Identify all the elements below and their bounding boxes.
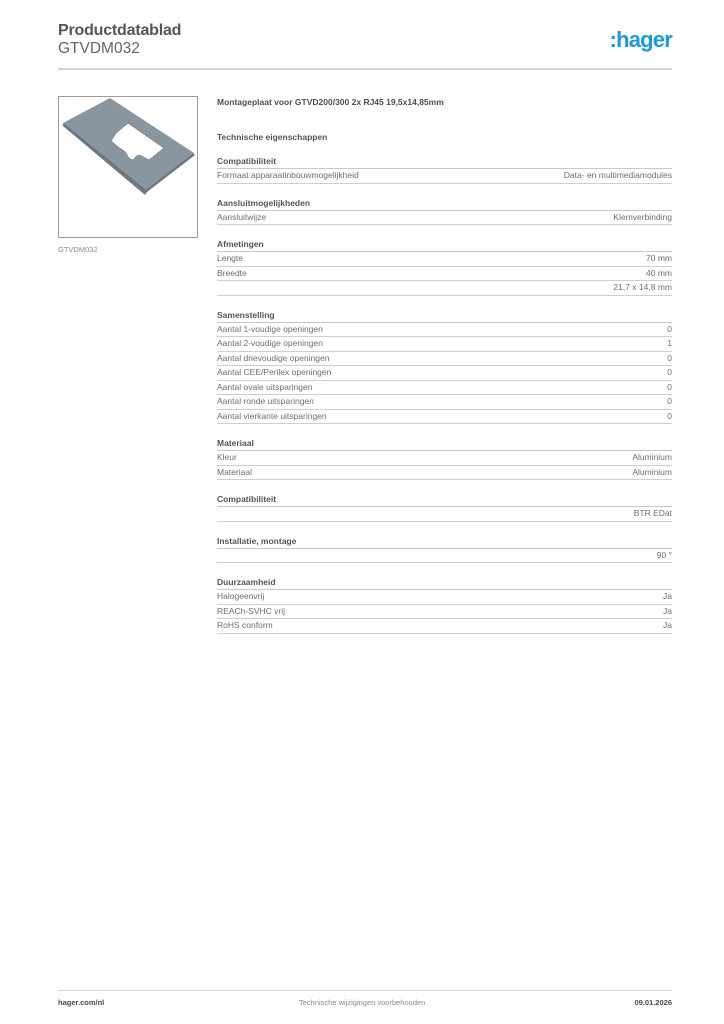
mounting-plate-image-icon <box>59 97 197 237</box>
property-section: CompatibiliteitFormaat apparaatinbouwmog… <box>217 155 672 184</box>
property-value: 21,7 x 14,8 mm <box>613 281 672 295</box>
property-label: RoHS conform <box>217 619 663 633</box>
property-label: Aantal 1-voudige openingen <box>217 323 667 337</box>
product-content: Montageplaat voor GTVD200/300 2x RJ45 19… <box>217 96 672 634</box>
document-header: Productdatablad GTVDM032 :hager <box>58 21 672 71</box>
section-title: Materiaal <box>217 437 672 451</box>
website-link[interactable]: hager.com/nl <box>58 998 104 1007</box>
property-label: REACh-SVHC vrij <box>217 605 663 619</box>
property-label: Kleur <box>217 451 632 465</box>
property-value: 0 <box>667 381 672 395</box>
footer-divider <box>58 990 672 991</box>
property-row: HalogeenvrijJa <box>217 590 672 605</box>
property-section: Installatie, montage90 ° <box>217 535 672 564</box>
property-value: 1 <box>667 337 672 351</box>
property-sections: CompatibiliteitFormaat apparaatinbouwmog… <box>217 155 672 634</box>
section-title: Aansluitmogelijkheden <box>217 197 672 211</box>
property-row: Aantal 1-voudige openingen0 <box>217 323 672 338</box>
property-section: DuurzaamheidHalogeenvrijJaREACh-SVHC vri… <box>217 576 672 634</box>
property-label: Formaat apparaatinbouwmogelijkheid <box>217 169 564 183</box>
property-label: Aantal ronde uitsparingen <box>217 395 667 409</box>
property-row: Aantal 2-voudige openingen1 <box>217 337 672 352</box>
header-divider <box>58 68 672 70</box>
document-date: 09.01.2026 <box>634 998 672 1007</box>
property-section: AfmetingenLengte70 mmBreedte40 mm21,7 x … <box>217 238 672 296</box>
property-section: SamenstellingAantal 1-voudige openingen0… <box>217 309 672 425</box>
property-value: 0 <box>667 410 672 424</box>
property-value: 0 <box>667 395 672 409</box>
technical-properties-title: Technische eigenschappen <box>217 131 672 143</box>
property-row: Aantal vierkante uitsparingen0 <box>217 410 672 425</box>
section-title: Samenstelling <box>217 309 672 323</box>
section-title: Duurzaamheid <box>217 576 672 590</box>
property-value: Ja <box>663 619 672 633</box>
property-value: 40 mm <box>646 267 672 281</box>
property-row: REACh-SVHC vrijJa <box>217 605 672 620</box>
property-row: BTR EDat <box>217 507 672 522</box>
section-title: Installatie, montage <box>217 535 672 549</box>
property-label: Aantal 2-voudige openingen <box>217 337 667 351</box>
property-row: Lengte70 mm <box>217 252 672 267</box>
property-value: Ja <box>663 605 672 619</box>
property-row: Aantal ovale uitsparingen0 <box>217 381 672 396</box>
property-value: Ja <box>663 590 672 604</box>
property-value: 70 mm <box>646 252 672 266</box>
property-row: Aantal CEE/Perilex openingen0 <box>217 366 672 381</box>
property-value: 0 <box>667 366 672 380</box>
property-row: 90 ° <box>217 549 672 564</box>
hager-logo: :hager <box>610 27 672 53</box>
footer-disclaimer: Technische wijzigingen voorbehouden <box>299 998 425 1007</box>
property-row: Aantal drievoudige openingen0 <box>217 352 672 367</box>
product-code: GTVDM032 <box>58 40 140 58</box>
property-section: MateriaalKleurAluminiumMateriaalAluminiu… <box>217 437 672 480</box>
property-label: Aantal ovale uitsparingen <box>217 381 667 395</box>
section-title: Compatibiliteit <box>217 155 672 169</box>
property-row: Breedte40 mm <box>217 267 672 282</box>
property-label: Halogeenvrij <box>217 590 663 604</box>
property-value: 0 <box>667 352 672 366</box>
image-caption: GTVDM032 <box>58 245 98 254</box>
product-image <box>58 96 198 238</box>
property-row: RoHS conformJa <box>217 619 672 634</box>
property-row: MateriaalAluminium <box>217 466 672 481</box>
property-section: AansluitmogelijkhedenAansluitwijzeKlemve… <box>217 197 672 226</box>
property-row: AansluitwijzeKlemverbinding <box>217 211 672 226</box>
property-row: Aantal ronde uitsparingen0 <box>217 395 672 410</box>
property-value: Aluminium <box>632 466 672 480</box>
property-row: 21,7 x 14,8 mm <box>217 281 672 296</box>
property-label: Aantal drievoudige openingen <box>217 352 667 366</box>
product-description: Montageplaat voor GTVD200/300 2x RJ45 19… <box>217 96 672 108</box>
property-label: Aantal CEE/Perilex openingen <box>217 366 667 380</box>
property-value: Klemverbinding <box>613 211 672 225</box>
section-title: Compatibiliteit <box>217 493 672 507</box>
property-row: Formaat apparaatinbouwmogelijkheidData- … <box>217 169 672 184</box>
property-label: Lengte <box>217 252 646 266</box>
document-footer: hager.com/nl Technische wijzigingen voor… <box>58 998 672 1010</box>
section-title: Afmetingen <box>217 238 672 252</box>
property-label: Aansluitwijze <box>217 211 613 225</box>
property-label: Materiaal <box>217 466 632 480</box>
property-value: Data- en multimediamodules <box>564 169 672 183</box>
property-row: KleurAluminium <box>217 451 672 466</box>
property-value: 90 ° <box>657 549 672 563</box>
property-value: Aluminium <box>632 451 672 465</box>
property-label: Aantal vierkante uitsparingen <box>217 410 667 424</box>
document-title: Productdatablad <box>58 22 181 40</box>
property-value: BTR EDat <box>634 507 672 521</box>
property-value: 0 <box>667 323 672 337</box>
property-label: Breedte <box>217 267 646 281</box>
property-section: CompatibiliteitBTR EDat <box>217 493 672 522</box>
